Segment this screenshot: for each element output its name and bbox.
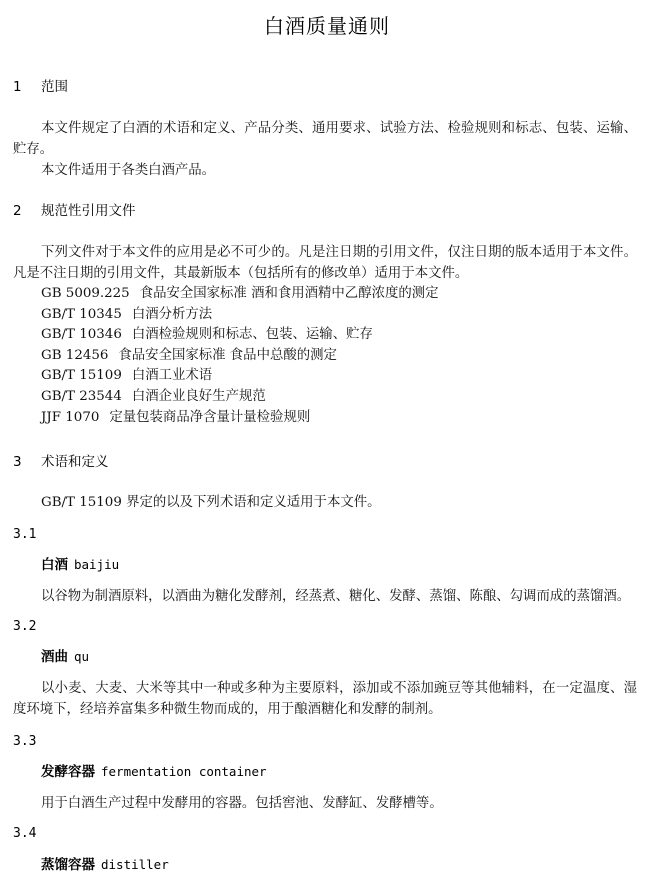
- reference-title: 白酒企业良好生产规范: [132, 389, 266, 404]
- reference-title: 食品安全国家标准 酒和食用酒精中乙醇浓度的测定: [140, 286, 439, 301]
- reference-code: GB/T 10345: [41, 305, 122, 325]
- references-intro-paragraph: 下列文件对于本文件的应用是必不可少的。凡是注日期的引用文件，仅注日期的版本适用于…: [13, 242, 637, 284]
- reference-title: 定量包装商品净含量计量检验规则: [109, 410, 310, 425]
- term-definition: 以小麦、大麦、大米等其中一种或多种为主要原料，添加或不添加豌豆等其他辅料，在一定…: [13, 678, 637, 720]
- document-title: 白酒质量通则: [0, 12, 654, 40]
- reference-item: GB/T 10345白酒分析方法: [41, 305, 212, 325]
- clause-number: 3.4: [13, 824, 36, 844]
- reference-item: GB/T 10346白酒检验规则和标志、包装、运输、贮存: [41, 325, 373, 345]
- section-title: 范围: [41, 79, 68, 95]
- reference-title: 白酒检验规则和标志、包装、运输、贮存: [132, 327, 373, 342]
- terms-intro-paragraph: GB/T 15109 界定的以及下列术语和定义适用于本文件。: [13, 492, 637, 513]
- section-number: 3: [13, 452, 41, 472]
- term-chinese: 酒曲: [41, 649, 68, 665]
- reference-code: GB/T 10346: [41, 325, 122, 345]
- term-heading: 蒸馏容器distiller: [41, 855, 169, 875]
- clause-number: 3.3: [13, 732, 36, 752]
- section-number: 2: [13, 201, 41, 221]
- scope-paragraph-2: 本文件适用于各类白酒产品。: [13, 160, 637, 181]
- term-english: fermentation container: [101, 764, 267, 779]
- term-chinese: 蒸馏容器: [41, 857, 95, 873]
- term-heading: 白酒baijiu: [41, 555, 119, 575]
- term-definition: 以谷物为制酒原料，以酒曲为糖化发酵剂，经蒸煮、糖化、发酵、蒸馏、陈酿、勾调而成的…: [13, 586, 637, 607]
- term-english: qu: [74, 649, 89, 664]
- clause-number: 3.2: [13, 617, 36, 637]
- section-heading-3: 3术语和定义: [13, 452, 109, 472]
- term-chinese: 发酵容器: [41, 764, 95, 780]
- term-english: distiller: [101, 857, 169, 872]
- reference-item: GB 12456食品安全国家标准 食品中总酸的测定: [41, 346, 337, 366]
- scope-paragraph-1: 本文件规定了白酒的术语和定义、产品分类、通用要求、试验方法、检验规则和标志、包装…: [13, 118, 637, 160]
- section-title: 规范性引用文件: [41, 203, 136, 219]
- reference-item: GB 5009.225食品安全国家标准 酒和食用酒精中乙醇浓度的测定: [41, 284, 439, 304]
- reference-item: JJF 1070定量包装商品净含量计量检验规则: [41, 408, 310, 428]
- reference-code: GB/T 23544: [41, 387, 122, 407]
- clause-number: 3.1: [13, 525, 36, 545]
- reference-code: GB 5009.225: [41, 284, 130, 304]
- reference-title: 白酒工业术语: [132, 368, 212, 383]
- section-heading-1: 1范围: [13, 77, 68, 97]
- section-number: 1: [13, 77, 41, 97]
- term-chinese: 白酒: [41, 557, 68, 573]
- reference-title: 白酒分析方法: [132, 307, 212, 322]
- reference-title: 食品安全国家标准 食品中总酸的测定: [118, 348, 337, 363]
- term-english: baijiu: [74, 557, 119, 572]
- reference-item: GB/T 23544白酒企业良好生产规范: [41, 387, 266, 407]
- reference-code: GB 12456: [41, 346, 108, 366]
- section-title: 术语和定义: [41, 454, 109, 470]
- reference-item: GB/T 15109白酒工业术语: [41, 366, 212, 386]
- reference-code: GB/T 15109: [41, 366, 122, 386]
- term-heading: 酒曲qu: [41, 647, 89, 667]
- section-heading-2: 2规范性引用文件: [13, 201, 136, 221]
- reference-code: JJF 1070: [41, 408, 99, 428]
- term-heading: 发酵容器fermentation container: [41, 762, 267, 782]
- term-definition: 用于白酒生产过程中发酵用的容器。包括窖池、发酵缸、发酵槽等。: [13, 793, 637, 814]
